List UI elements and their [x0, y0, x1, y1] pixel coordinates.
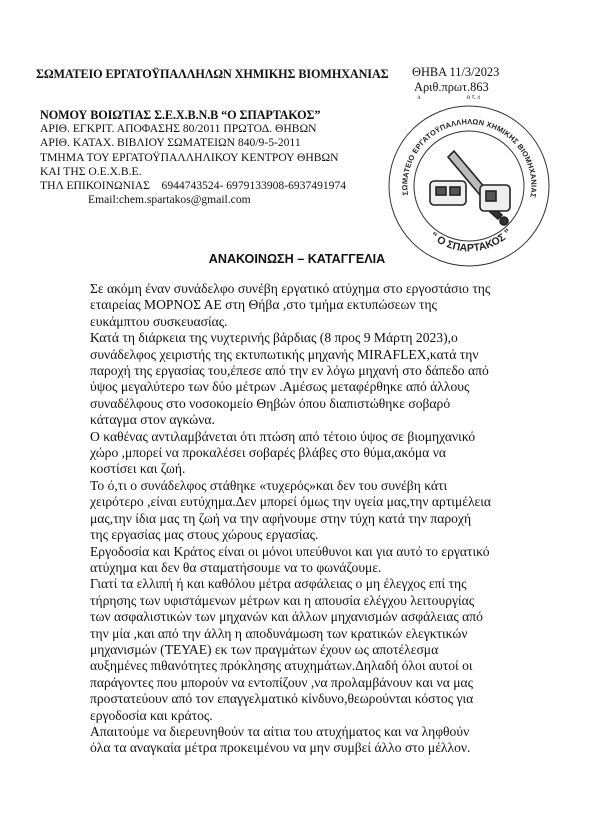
- org-title: ΣΩΜΑΤΕΙΟ ΕΡΓΑΤΟΫΠΑΛΛΗΛΩΝ ΧΗΜΙΚΗΣ ΒΙΟΜΗΧΑ…: [36, 67, 389, 82]
- paragraph-line: αυξημένες πιθανότητες πρόκλησης ατυχημάτ…: [90, 658, 530, 674]
- machine-icon: [430, 181, 510, 211]
- body-paragraph: Εργοδοσία και Κράτος είναι οι μόνοι υπεύ…: [90, 544, 530, 577]
- paragraph-line: Κατά τη διάρκεια της νυχτερινής βάρδιας …: [90, 330, 530, 346]
- paragraph-line: κοστίσει και ζωή.: [90, 461, 530, 477]
- paragraph-line: την μία ,και από την άλλη η αποδυνάμωση …: [90, 626, 530, 642]
- announcement-title: ΑΝΑΚΟΙΝΩΣΗ – ΚΑΤΑΓΓΕΛΙΑ: [0, 252, 594, 266]
- document-date: ΘΗΒΑ 11/3/2023: [412, 65, 499, 80]
- union-stamp-icon: ΣΩΜΑΤΕΙΟ ΕΡΓΑΤΟΫΠΑΛΛΗΛΩΝ ΧΗΜΙΚΗΣ ΒΙΟΜΗΧΑ…: [386, 103, 552, 269]
- body-paragraph: Γιατί τα ελλιπή ή και καθόλου μέτρα ασφά…: [90, 576, 530, 724]
- paragraph-line: ύψος μεγαλύτερο των δύο μέτρων .Αμέσως μ…: [90, 379, 530, 395]
- body-paragraph: Το ό,τι ο συνάδελφος στάθηκε «τυχερός»κα…: [90, 478, 530, 544]
- paragraph-line: εργοδοσία και κράτος.: [90, 708, 530, 724]
- paragraph-line: Εργοδοσία και Κράτος είναι οι μόνοι υπεύ…: [90, 544, 530, 560]
- announcement-body: Σε ακόμη έναν συνάδελφο συνέβη εργατικό …: [90, 281, 530, 757]
- paragraph-line: Απαιτούμε να διερευνηθούν τα αίτια του α…: [90, 724, 530, 740]
- paragraph-line: συναδέλφους στο νοσοκομείο Θηβών όπου δι…: [90, 396, 530, 412]
- body-paragraph: Απαιτούμε να διερευνηθούν τα αίτια του α…: [90, 724, 530, 757]
- paragraph-line: προστατεύουν από τον επαγγελματικό κίνδυ…: [90, 691, 530, 707]
- body-paragraph: Ο καθένας αντιλαμβάνεται ότι πτώση από τ…: [90, 429, 530, 478]
- paragraph-line: χώρο ,μπορεί να προκαλέσει σοβαρές βλάβε…: [90, 445, 530, 461]
- paragraph-line: των ασφαλιστικών των μηχανών και άλλων μ…: [90, 609, 530, 625]
- paragraph-line: Γιατί τα ελλιπή ή και καθόλου μέτρα ασφά…: [90, 576, 530, 592]
- org-federation-line: ΚΑΙ ΤΗΣ Ο.Ε.Χ.Β.Ε.: [40, 165, 346, 179]
- paragraph-line: Το ό,τι ο συνάδελφος στάθηκε «τυχερός»κα…: [90, 478, 530, 494]
- paragraph-line: όλα τα αναγκαία μέτρα προκειμένου να μην…: [90, 740, 530, 756]
- paragraph-line: της εργασίας μας στους χώρους εργασίας.: [90, 527, 530, 543]
- org-section-line: ΤΜΗΜΑ ΤΟΥ ΕΡΓΑΤΟΫΠΑΛΛΗΛΙΚΟΥ ΚΕΝΤΡΟΥ ΘΗΒΩ…: [40, 151, 346, 165]
- body-paragraph: Κατά τη διάρκεια της νυχτερινής βάρδιας …: [90, 330, 530, 428]
- paragraph-line: τήρησης των υφιστάμενων μέτρων και η απο…: [90, 593, 530, 609]
- org-approval-line: ΑΡΙΘ. ΕΓΚΡΙΤ. ΑΠΟΦΑΣΗΣ 80/2011 ΠΡΩΤΟΔ. Θ…: [40, 122, 346, 136]
- paragraph-line: παράγοντες που μπορούν να εντοπίζουν ,να…: [90, 675, 530, 691]
- paragraph-line: εταιρείας ΜΟΡΝΟΣ ΑΕ στη Θήβα ,στο τμήμα …: [90, 297, 530, 313]
- paragraph-line: μας,την ίδια μας τη ζωή να την αφήνουμε …: [90, 511, 530, 527]
- org-info-block: ΝΟΜΟΥ ΒΟΙΩΤΙΑΣ Σ.Ε.Χ.Β.Ν.Β “Ο ΣΠΑΡΤΑΚΟΣ”…: [40, 108, 346, 207]
- paragraph-line: μηχανισμών (ΤΕΥΑΕ) εκ των πραγμάτων έχου…: [90, 642, 530, 658]
- org-registry-line: ΑΡΙΘ. ΚΑΤΑΧ. ΒΙΒΛΙΟΥ ΣΩΜΑΤΕΙΩΝ 840/9-5-2…: [40, 136, 346, 150]
- paragraph-line: Ο καθένας αντιλαμβάνεται ότι πτώση από τ…: [90, 429, 530, 445]
- protocol-number-overprint: Α ‒ ‒‒‒‒‒‒ 854: [416, 94, 481, 99]
- phone-numbers: 6944743524- 6979133908-6937491974: [162, 179, 347, 192]
- paragraph-line: συνάδελφος χειριστής της εκτυπωτικής μηχ…: [90, 347, 530, 363]
- contact-email: Email:chem.spartakos@gmail.com: [40, 193, 346, 207]
- protocol-number: Αριθ.πρωτ.863: [414, 80, 489, 95]
- contact-phones: ΤΗΛ ΕΠΙΚΟΙΝΩΝΙΑΣ 6944743524- 6979133908-…: [40, 179, 346, 193]
- body-paragraph: Σε ακόμη έναν συνάδελφο συνέβη εργατικό …: [90, 281, 530, 330]
- paragraph-line: ευκάμπτου συσκευασίας.: [90, 314, 530, 330]
- paragraph-line: παροχή της εργασίας του,έπεσε από την εν…: [90, 363, 530, 379]
- paragraph-line: χειρότερο ,είναι ευτύχημα.Δεν μπορεί όμω…: [90, 494, 530, 510]
- phone-label: ΤΗΛ ΕΠΙΚΟΙΝΩΝΙΑΣ: [40, 179, 150, 192]
- paragraph-line: ατύχημα και δεν θα σταματήσουμε να το φω…: [90, 560, 530, 576]
- org-subtitle: ΝΟΜΟΥ ΒΟΙΩΤΙΑΣ Σ.Ε.Χ.Β.Ν.Β “Ο ΣΠΑΡΤΑΚΟΣ”: [40, 108, 346, 122]
- paragraph-line: Σε ακόμη έναν συνάδελφο συνέβη εργατικό …: [90, 281, 530, 297]
- paragraph-line: κάταγμα στον αγκώνα.: [90, 412, 530, 428]
